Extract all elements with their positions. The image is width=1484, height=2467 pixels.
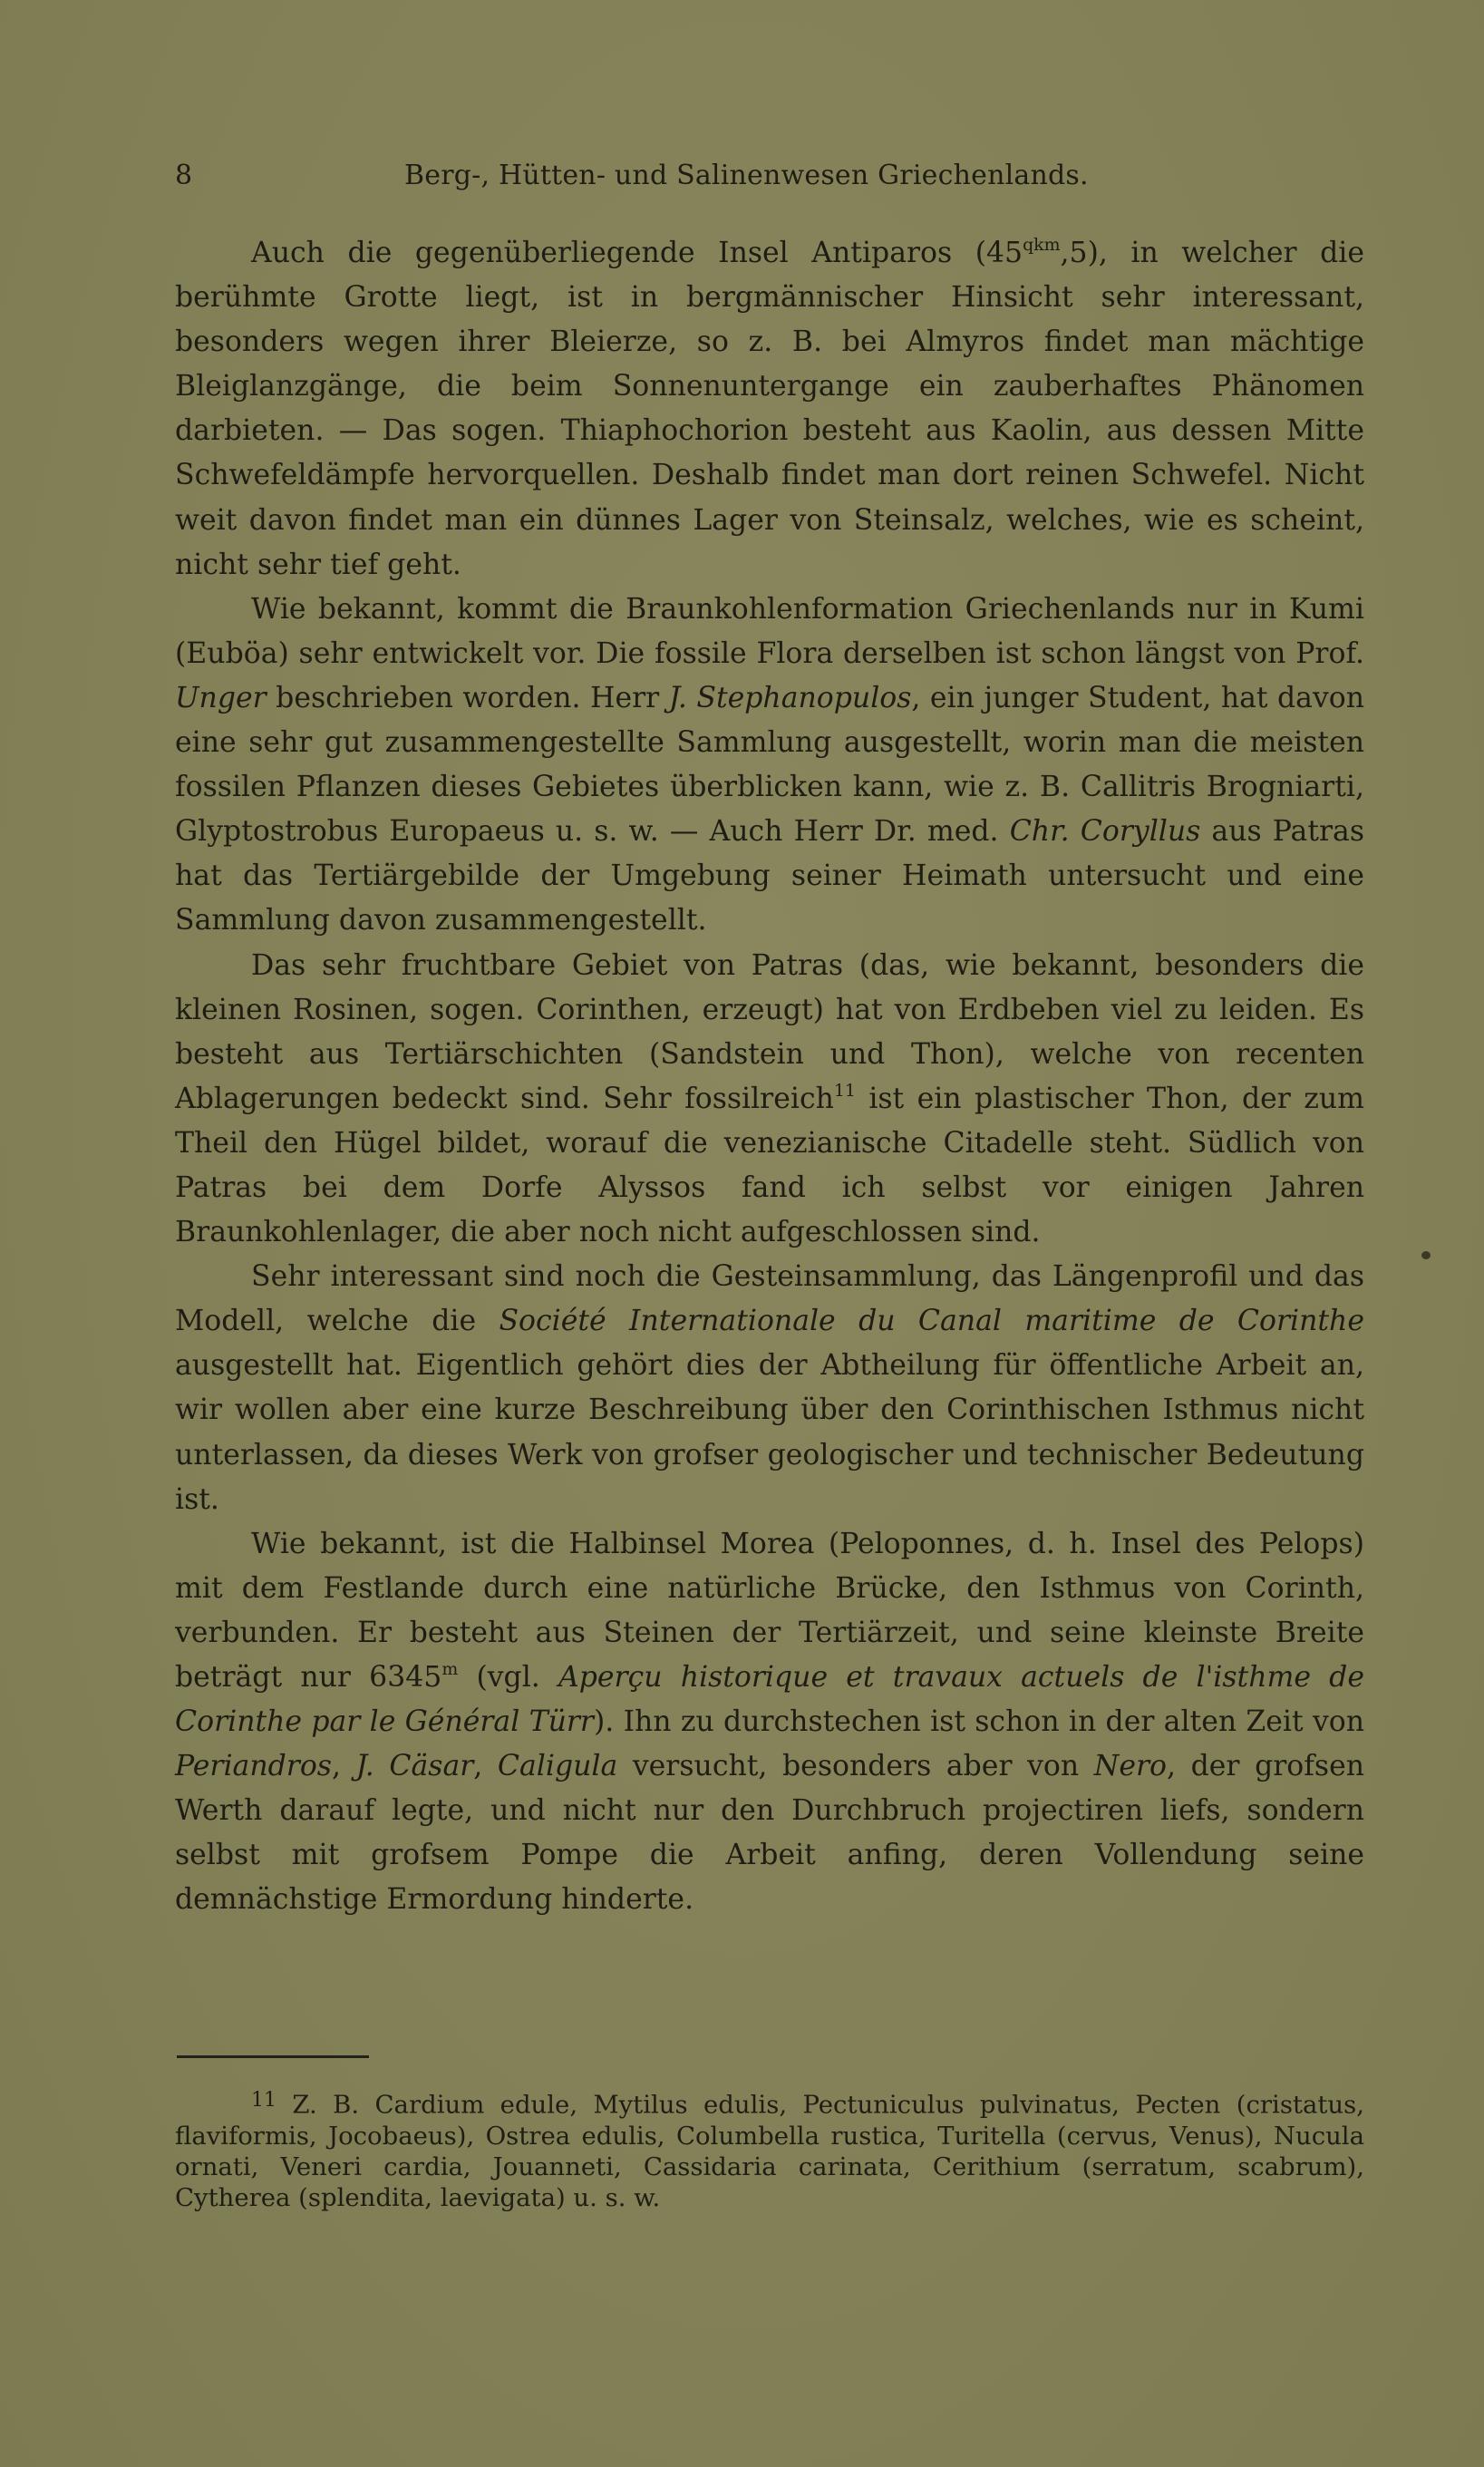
italic-name: Nero bbox=[1094, 1750, 1167, 1782]
text-run: ,5), in welcher die berühmte Grotte lieg… bbox=[175, 237, 1364, 581]
body-text: Auch die gegenüberliegende Insel Antipar… bbox=[175, 231, 1364, 1923]
italic-name: Caligula bbox=[498, 1750, 617, 1782]
paragraph-antiparos: Auch die gegenüberliegende Insel Antipar… bbox=[175, 231, 1364, 588]
footnotes: 11 Z. B. Cardium edule, Mytilus edulis, … bbox=[175, 2085, 1364, 2213]
text-run: , bbox=[473, 1750, 498, 1782]
paragraph-patras: Das sehr fruchtbare Gebiet von Patras (d… bbox=[175, 944, 1364, 1256]
page-number: 8 bbox=[175, 160, 192, 191]
italic-name: J. Cäsar bbox=[356, 1750, 474, 1782]
superscript: 11 bbox=[834, 1081, 856, 1101]
text-run: beschrieben worden. Herr bbox=[267, 682, 669, 714]
text-run: versucht, besonders aber von bbox=[617, 1750, 1094, 1782]
superscript: qkm bbox=[1023, 235, 1060, 255]
italic-name: Société Internationale du Canal maritime… bbox=[499, 1305, 1364, 1337]
running-header: 8 Berg-, Hütten- und Salinenwesen Griech… bbox=[175, 160, 1364, 199]
text-run: ausgestellt hat. Eigentlich gehört dies … bbox=[175, 1349, 1364, 1515]
italic-name: J. Stephanopulos bbox=[669, 682, 912, 714]
paper-speck-mark bbox=[1421, 1251, 1431, 1259]
superscript: m bbox=[441, 1659, 458, 1679]
footnote-divider bbox=[177, 2055, 369, 2058]
text-run: ). Ihn zu durchstechen ist schon in der … bbox=[594, 1705, 1364, 1738]
italic-name: Chr. Coryllus bbox=[1010, 815, 1201, 848]
paragraph-isthmus: Wie bekannt, ist die Halbinsel Morea (Pe… bbox=[175, 1522, 1364, 1923]
paragraph-gesteinsammlung: Sehr interessant sind noch die Gesteinsa… bbox=[175, 1255, 1364, 1522]
footnote-marker: 11 bbox=[251, 2089, 276, 2112]
text-run: Wie bekannt, kommt die Braunkohlenformat… bbox=[175, 593, 1364, 670]
footnote-11: 11 Z. B. Cardium edule, Mytilus edulis, … bbox=[175, 2085, 1364, 2213]
text-run: Auch die gegenüberliegende Insel Antipar… bbox=[251, 237, 1023, 269]
running-title: Berg-, Hütten- und Salinenwesen Griechen… bbox=[404, 160, 1089, 191]
paragraph-braunkohlen: Wie bekannt, kommt die Braunkohlenformat… bbox=[175, 588, 1364, 944]
text-run: , bbox=[332, 1750, 356, 1782]
italic-name: Periandros bbox=[175, 1750, 332, 1782]
italic-name: Unger bbox=[175, 682, 267, 714]
text-run: (vgl. bbox=[458, 1661, 558, 1694]
footnote-text: Z. B. Cardium edule, Mytilus edulis, Pec… bbox=[175, 2091, 1364, 2212]
